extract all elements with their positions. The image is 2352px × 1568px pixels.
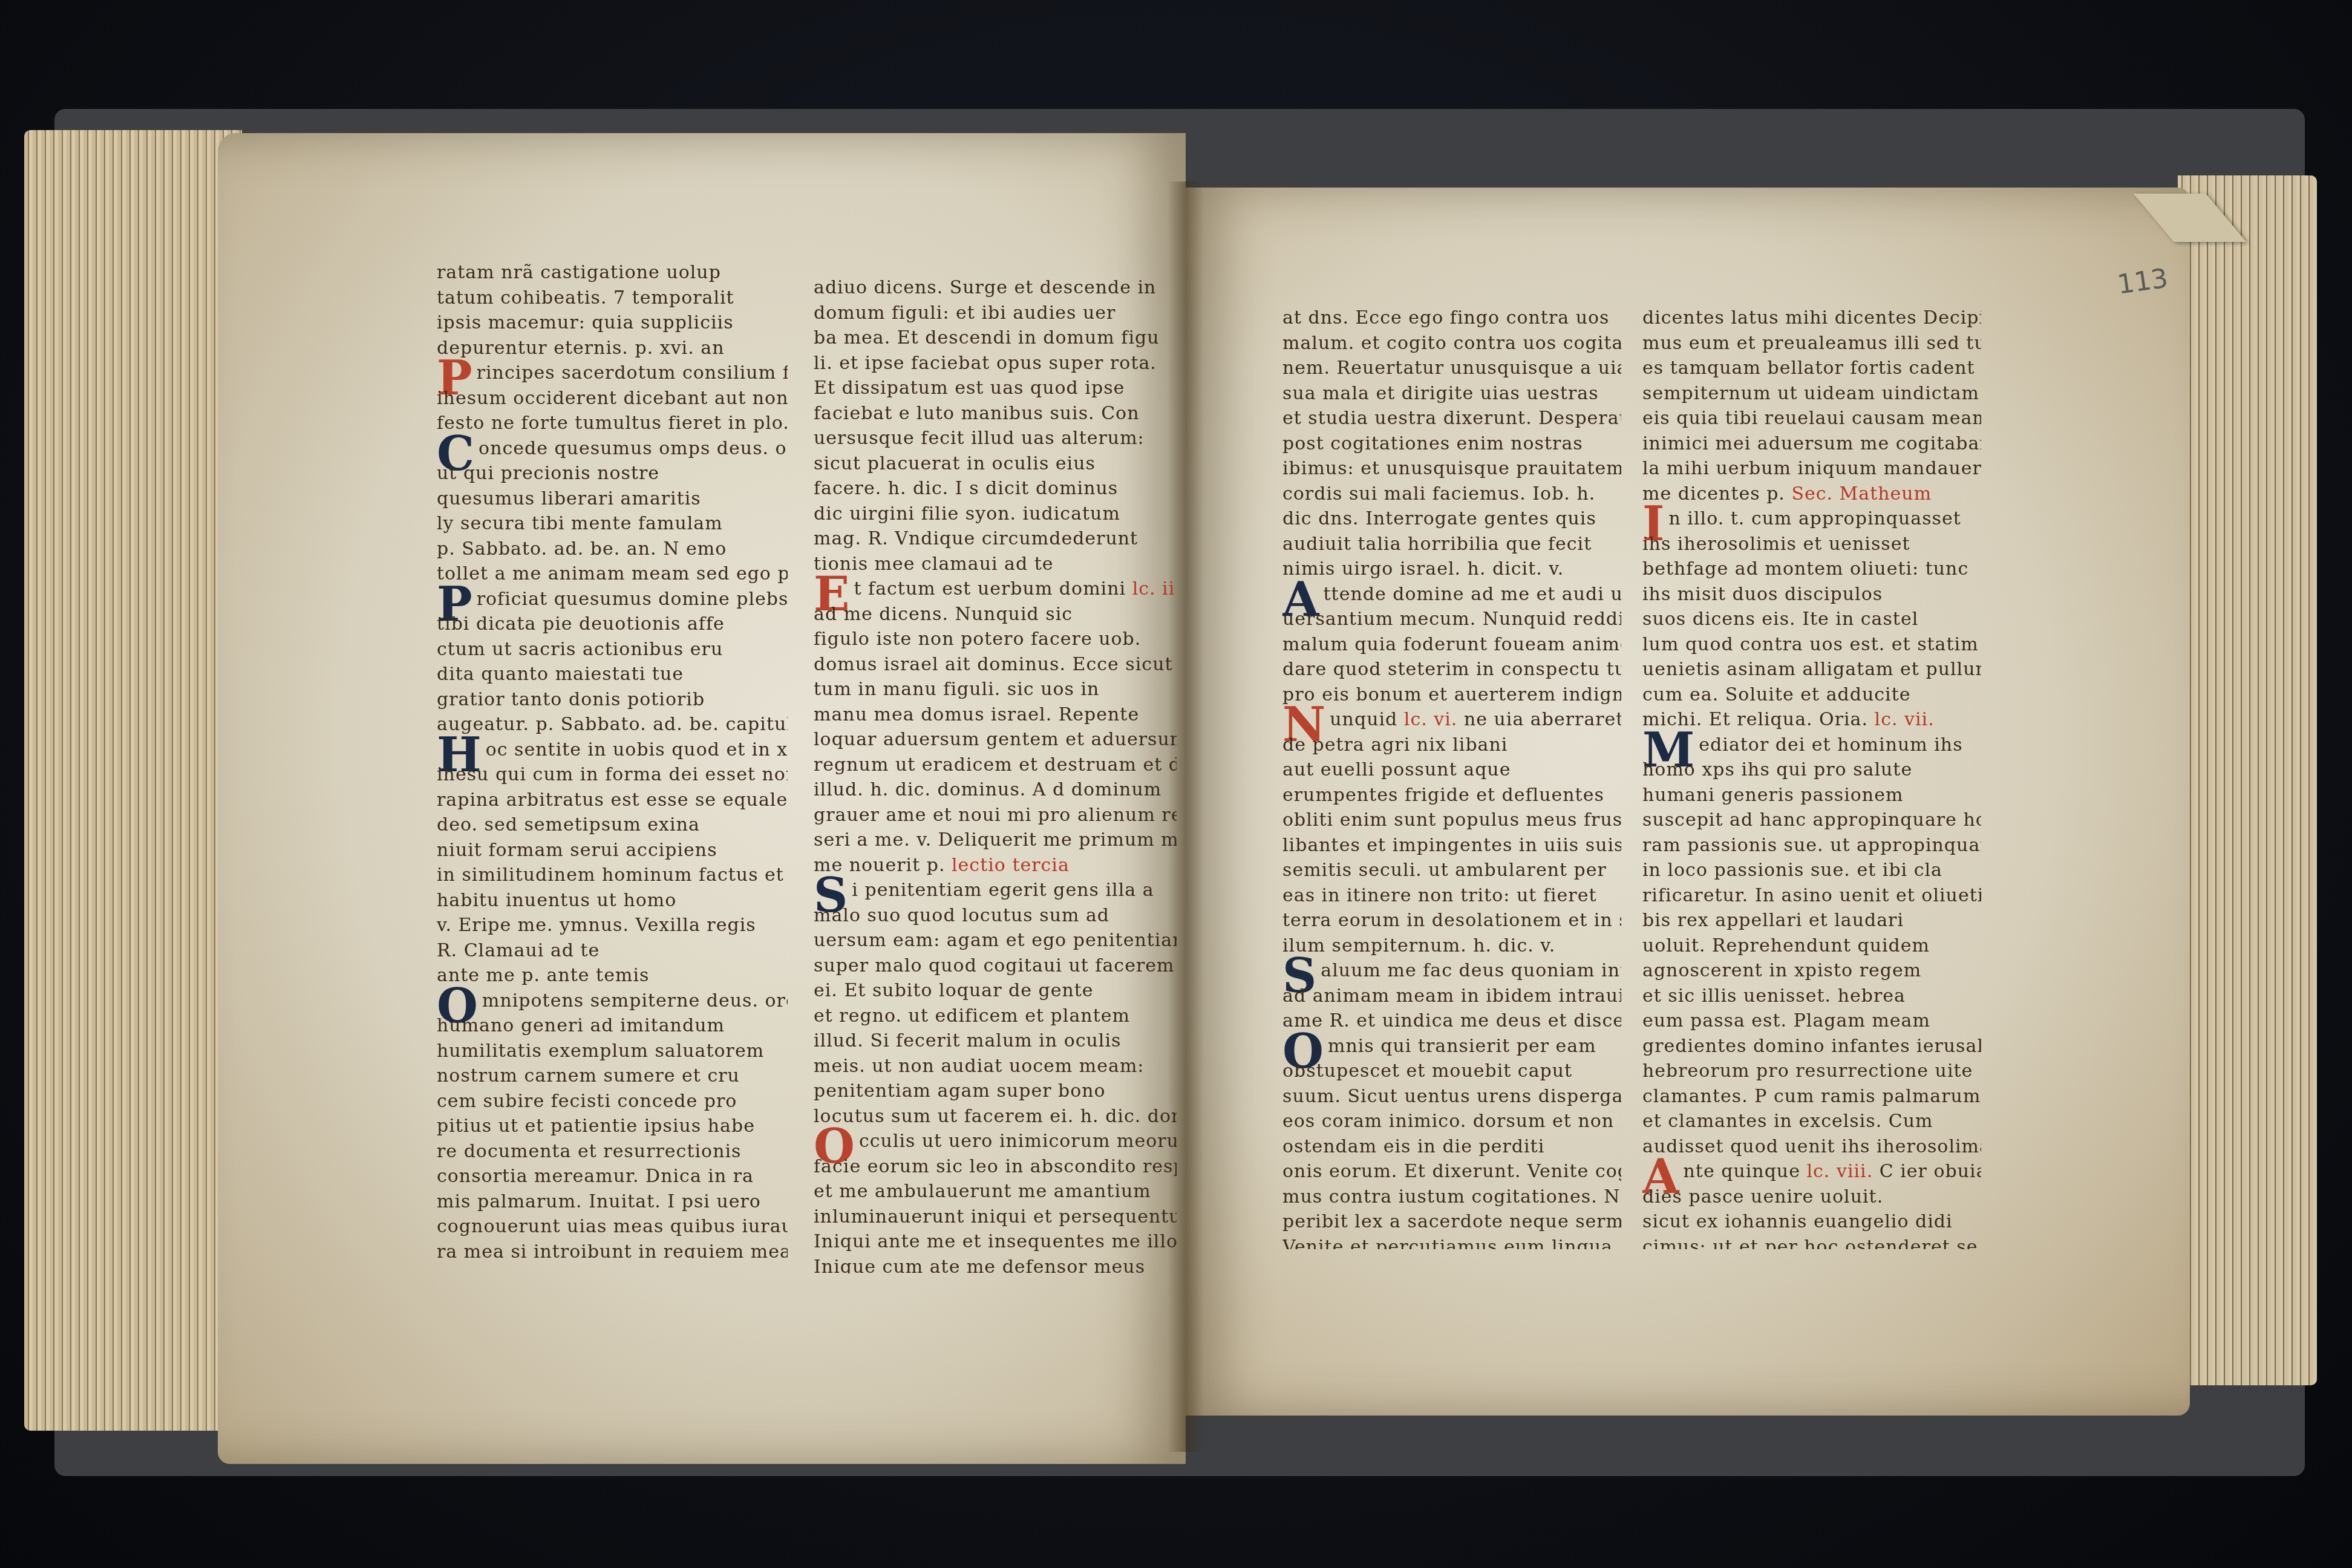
manuscript-line: regnum ut eradicem et destruam et disper… <box>814 753 1177 778</box>
manuscript-line: pro eis bonum et auerterem indignationem <box>1282 682 1621 708</box>
rubric: lc. vi. <box>1404 709 1458 730</box>
manuscript-line: ilum sempiternum. h. dic. v. <box>1282 933 1621 959</box>
manuscript-line: eis quia tibi reuelaui causam meam. v. O… <box>1642 406 1981 431</box>
manuscript-line: li. et ipse faciebat opus super rota. <box>814 351 1177 376</box>
manuscript-line: inimici mei aduersum me cogitabant ma <box>1642 431 1981 457</box>
manuscript-line: Concede quesumus omps deus. oro <box>437 436 788 462</box>
manuscript-line: Et dissipatum est uas quod ipse <box>814 376 1177 401</box>
manuscript-line: ram passionis sue. ut appropinquare <box>1642 833 1981 858</box>
manuscript-line: aut euelli possunt aque <box>1282 757 1621 783</box>
manuscript-line: semitis seculi. ut ambularent per <box>1282 858 1621 883</box>
manuscript-line: cem subire fecisti concede pro <box>437 1089 788 1114</box>
left-page-edges <box>24 130 242 1431</box>
manuscript-line: audiuit talia horribilia que fecit <box>1282 532 1621 557</box>
manuscript-line: sempiternum ut uideam uindictam in <box>1642 381 1981 407</box>
manuscript-line: Et factum est uerbum domini lc. ii. v. u… <box>814 577 1177 602</box>
rubric: Sec. Matheum <box>1791 483 1932 505</box>
manuscript-line: suscepit ad hanc appropinquare ho <box>1642 808 1981 833</box>
manuscript-line: bethfage ad montem oliueti: tunc <box>1642 557 1981 582</box>
manuscript-line: uoluit. Reprehendunt quidem <box>1642 933 1981 959</box>
manuscript-line: v. Eripe me. ymnus. Vexilla regis <box>437 913 788 938</box>
manuscript-line: dies pasce uenire uoluit. <box>1642 1184 1981 1210</box>
manuscript-line: at dns. Ecce ego fingo contra uos <box>1282 305 1621 331</box>
manuscript-line: suum. Sicut uentus urens dispergam <box>1282 1084 1621 1109</box>
manuscript-line: ba mea. Et descendi in domum figu <box>814 325 1177 351</box>
manuscript-line: Ante quinque lc. viii. C ier obuiam <box>1642 1159 1981 1184</box>
manuscript-line: inluminauerunt iniqui et persequentur <box>814 1204 1177 1230</box>
rubric: lc. ii. <box>1132 578 1177 599</box>
rubric: lc. viii. <box>1806 1161 1873 1182</box>
manuscript-line: ihs misit duos discipulos <box>1642 582 1981 607</box>
manuscript-line: nimis uirgo israel. h. dicit. v. <box>1282 557 1621 582</box>
manuscript-line: cum ea. Soluite et adducite <box>1642 682 1981 708</box>
manuscript-line: penitentiam agam super bono <box>814 1079 1177 1104</box>
manuscript-line: p. Sabbato. ad. be. an. N emo <box>437 537 788 562</box>
rubric: lectio tercia <box>952 855 1070 876</box>
manuscript-line: et studia uestra dixerunt. Desperauimus. <box>1282 406 1621 431</box>
manuscript-line: Attende domine ad me et audi uocem ad <box>1282 582 1621 607</box>
manuscript-line: uersantium mecum. Nunquid redditur pro b… <box>1282 607 1621 632</box>
manuscript-line: dic dns. Interrogate gentes quis <box>1282 506 1621 532</box>
manuscript-line: festo ne forte tumultus fieret in plo. <box>437 411 788 436</box>
manuscript-line: uenietis asinam alligatam et pullum <box>1642 657 1981 682</box>
manuscript-line: gredientes domino infantes ierusalem <box>1642 1034 1981 1059</box>
manuscript-line: manu mea domus israel. Repente <box>814 702 1177 728</box>
manuscript-line: ihs iherosolimis et uenisset <box>1642 532 1981 557</box>
manuscript-line: depurentur eternis. p. xvi. an <box>437 336 788 361</box>
manuscript-line: sicut ex iohannis euangelio didi <box>1642 1209 1981 1235</box>
left-page-column-1: ratam nrã castigatione uoluptatum cohibe… <box>437 260 788 1258</box>
manuscript-line: tionis mee clamaui ad te <box>814 552 1177 577</box>
manuscript-line: onis eorum. Et dixerunt. Venite cogite <box>1282 1159 1621 1184</box>
manuscript-line: figulo iste non potero facere uob. <box>814 627 1177 652</box>
right-page-edges <box>2178 175 2317 1385</box>
manuscript-line: cordis sui mali faciemus. Iob. h. <box>1282 482 1621 507</box>
manuscript-line: ame R. et uindica me deus et discerne ca… <box>1282 1008 1621 1034</box>
manuscript-line: ra mea si introibunt in requiem meam. v. <box>437 1240 788 1259</box>
manuscript-line: domum figuli: et ibi audies uer <box>814 301 1177 326</box>
manuscript-line: homo xps ihs qui pro salute <box>1642 757 1981 783</box>
manuscript-line: super malo quod cogitaui ut facerem <box>814 953 1177 979</box>
manuscript-line: suos dicens eis. Ite in castel <box>1642 607 1981 632</box>
manuscript-line: et me ambulauerunt me amantium <box>814 1179 1177 1204</box>
manuscript-line: et regno. ut edificem et plantem <box>814 1004 1177 1029</box>
rubric: lc. vii. <box>1875 709 1935 730</box>
manuscript-line: nem. Reuertatur unusquisque a uia <box>1282 356 1621 381</box>
manuscript-line: obliti enim sunt populus meus frustra <box>1282 808 1621 833</box>
manuscript-line: Saluum me fac deus quoniam intrauerunt a… <box>1282 958 1621 984</box>
manuscript-line: Hoc sentite in uobis quod et in xpo <box>437 737 788 763</box>
manuscript-line: sua mala et dirigite uias uestras <box>1282 381 1621 407</box>
manuscript-line: pitius ut et patientie ipsius habe <box>437 1114 788 1139</box>
manuscript-line: mag. R. Vndique circumdederunt <box>814 526 1177 552</box>
manuscript-line: malo suo quod locutus sum ad <box>814 903 1177 929</box>
manuscript-line: peribit lex a sacerdote neque sermo a pr… <box>1282 1209 1621 1235</box>
manuscript-line: tibi dicata pie deuotionis affe <box>437 612 788 637</box>
manuscript-line: deo. sed semetipsum exina <box>437 812 788 838</box>
manuscript-line: lum quod contra uos est. et statim in <box>1642 632 1981 658</box>
manuscript-line: tollet a me animam meam sed ego pono <box>437 561 788 587</box>
manuscript-line: tatum cohibeatis. 7 temporalit <box>437 286 788 311</box>
manuscript-line: dita quanto maiestati tue <box>437 662 788 687</box>
manuscript-line: humano generi ad imitandum <box>437 1013 788 1039</box>
manuscript-line: humani generis passionem <box>1642 783 1981 808</box>
manuscript-line: illud. h. dic. dominus. A d dominum <box>814 777 1177 803</box>
manuscript-line: niuit formam serui accipiens <box>437 838 788 863</box>
manuscript-line: erumpentes frigide et defluentes <box>1282 783 1621 808</box>
manuscript-line: Proficiat quesumus domine plebs <box>437 587 788 612</box>
manuscript-line: in similitudinem hominum factus et <box>437 863 788 888</box>
manuscript-line: rapina arbitratus est esse se equalem <box>437 788 788 813</box>
manuscript-line: quesumus liberari amaritis <box>437 486 788 512</box>
manuscript-line: terra eorum in desolationem et in sib <box>1282 908 1621 933</box>
manuscript-line: illud. Si fecerit malum in oculis <box>814 1028 1177 1054</box>
manuscript-line: Si penitentiam egerit gens illa a <box>814 878 1177 903</box>
manuscript-line: de petra agri nix libani <box>1282 733 1621 758</box>
manuscript-line: obstupescet et mouebit caput <box>1282 1059 1621 1084</box>
manuscript-line: ihesu qui cum in forma dei esset non <box>437 762 788 788</box>
manuscript-line: uersusque fecit illud uas alterum: <box>814 426 1177 451</box>
manuscript-line: me dicentes p. Sec. Matheum <box>1642 482 1981 507</box>
manuscript-line: facie eorum sic leo in abscondito respic… <box>814 1154 1177 1180</box>
manuscript-line: Venite et percutiamus eum lingua <box>1282 1235 1621 1250</box>
manuscript-line: la mihi uerbum iniquum mandauerunt aduer… <box>1642 456 1981 482</box>
manuscript-line: Inique cum ate me defensor meus <box>814 1255 1177 1274</box>
manuscript-line: In illo. t. cum appropinquasset <box>1642 506 1981 532</box>
manuscript-line: seri a me. v. Deliquerit me primum mihi <box>814 828 1177 853</box>
manuscript-line: sicut placuerat in oculis eius <box>814 451 1177 477</box>
manuscript-line: dicentes latus mihi dicentes Decipia <box>1642 305 1981 331</box>
manuscript-line: ly secura tibi mente famulam <box>437 511 788 537</box>
manuscript-line: Omnis qui transierit per eam <box>1282 1034 1621 1059</box>
manuscript-line: uersum eam: agam et ego penitentiam <box>814 928 1177 953</box>
manuscript-line: ad me dicens. Nunquid sic <box>814 602 1177 627</box>
manuscript-line: grauer ame et noui mi pro alienum recess… <box>814 803 1177 828</box>
manuscript-line: eum passa est. Plagam meam <box>1642 1008 1981 1034</box>
manuscript-line: et sic illis uenisset. hebrea <box>1642 984 1981 1009</box>
manuscript-line: malum. et cogito contra uos cogitatio <box>1282 331 1621 356</box>
manuscript-line: Mediator dei et hominum ihs <box>1642 733 1981 758</box>
manuscript-line: R. Clamaui ad te <box>437 938 788 964</box>
manuscript-line: ihesum occiderent dicebant aut non in di… <box>437 386 788 411</box>
manuscript-line: hebreorum pro resurrectione uite <box>1642 1059 1981 1084</box>
manuscript-line: eos coram inimico. dorsum et non faciem <box>1282 1109 1621 1134</box>
left-page-column-2: adiuo dicens. Surge et descende indomum … <box>814 275 1177 1273</box>
manuscript-line: loquar aduersum gentem et aduersum <box>814 727 1177 753</box>
manuscript-line: es tamquam bellator fortis cadent in opp… <box>1642 356 1981 381</box>
manuscript-line: eas in itinere non trito: ut fieret <box>1282 883 1621 909</box>
manuscript-line: ante me p. ante temis <box>437 963 788 988</box>
manuscript-line: mus contra iustum cogitationes. Non enim <box>1282 1184 1621 1210</box>
manuscript-line: Principes sacerdotum consilium fecerunt … <box>437 361 788 386</box>
manuscript-line: Nunquid lc. vi. ne uia aberraret <box>1282 707 1621 733</box>
manuscript-line: cognouerunt uias meas quibus iuraui <box>437 1214 788 1240</box>
manuscript-line: libantes et impingentes in uiis suis in <box>1282 833 1621 858</box>
manuscript-line: et clamantes in excelsis. Cum <box>1642 1109 1981 1134</box>
manuscript-line: consortia mereamur. Dnica in ra <box>437 1164 788 1189</box>
manuscript-line: ctum ut sacris actionibus eru <box>437 637 788 662</box>
manuscript-line: post cogitationes enim nostras <box>1282 431 1621 457</box>
manuscript-line: re documenta et resurrectionis <box>437 1139 788 1165</box>
manuscript-line: ei. Et subito loquar de gente <box>814 978 1177 1004</box>
manuscript-line: ibimus: et unusquisque prauitatem <box>1282 456 1621 482</box>
manuscript-line: meis. ut non audiat uocem meam: <box>814 1054 1177 1079</box>
manuscript-line: habitu inuentus ut homo <box>437 888 788 913</box>
right-page-column-2: dicentes latus mihi dicentes Decipiamus … <box>1642 305 1981 1249</box>
manuscript-line: Omnipotens sempiterne deus. oro <box>437 988 788 1014</box>
manuscript-line: domus israel ait dominus. Ecce sicut lu <box>814 652 1177 678</box>
manuscript-line: tum in manu figuli. sic uos in <box>814 677 1177 702</box>
manuscript-line: dare quod steterim in conspectu tuo ut l… <box>1282 657 1621 682</box>
manuscript-line: ratam nrã castigatione uolup <box>437 260 788 286</box>
manuscript-line: locutus sum ut facerem ei. h. dic. domin… <box>814 1104 1177 1129</box>
manuscript-line: Occulis ut uero inimicorum meorum <box>814 1129 1177 1154</box>
manuscript-line: malum quia foderunt foueam anime mee. v.… <box>1282 632 1621 658</box>
manuscript-line: audisset quod uenit ihs iherosolima ex <box>1642 1134 1981 1160</box>
manuscript-line: Iniqui ante me et insequentes me illorum <box>814 1229 1177 1255</box>
manuscript-line: cimus: ut et per hoc ostenderet se <box>1642 1235 1981 1250</box>
manuscript-line: bis rex appellari et laudari <box>1642 908 1981 933</box>
right-page-column-1: at dns. Ecce ego fingo contra uosmalum. … <box>1282 305 1621 1249</box>
manuscript-line: gratior tanto donis potiorib <box>437 687 788 713</box>
manuscript-line: in loco passionis sue. et ibi cla <box>1642 858 1981 883</box>
manuscript-line: adiuo dicens. Surge et descende in <box>814 275 1177 301</box>
manuscript-line: me nouerit p. lectio tercia <box>814 853 1177 878</box>
manuscript-line: ad animam meam in ibidem intraui et adue… <box>1282 984 1621 1009</box>
manuscript-line: faciebat e luto manibus suis. Con <box>814 401 1177 426</box>
manuscript-line: ipsis macemur: quia suppliciis <box>437 310 788 336</box>
manuscript-line: clamantes. P cum ramis palmarum <box>1642 1084 1981 1109</box>
manuscript-line: rificaretur. In asino uenit et oliueti <box>1642 883 1981 909</box>
manuscript-line: ostendam eis in die perditi <box>1282 1134 1621 1160</box>
manuscript-line: mus eum et preualeamus illi sed tu domin… <box>1642 331 1981 356</box>
manuscript-line: augeatur. p. Sabbato. ad. be. capitulum <box>437 712 788 737</box>
manuscript-line: agnoscerent in xpisto regem <box>1642 958 1981 984</box>
manuscript-line: dic uirgini filie syon. iudicatum <box>814 501 1177 527</box>
manuscript-line: humilitatis exemplum saluatorem <box>437 1039 788 1064</box>
manuscript-line: mis palmarum. Inuitat. I psi uero <box>437 1189 788 1215</box>
manuscript-line: facere. h. dic. I s dicit dominus <box>814 476 1177 501</box>
manuscript-line: nostrum carnem sumere et cru <box>437 1063 788 1089</box>
manuscript-line: ut qui precionis nostre <box>437 461 788 486</box>
